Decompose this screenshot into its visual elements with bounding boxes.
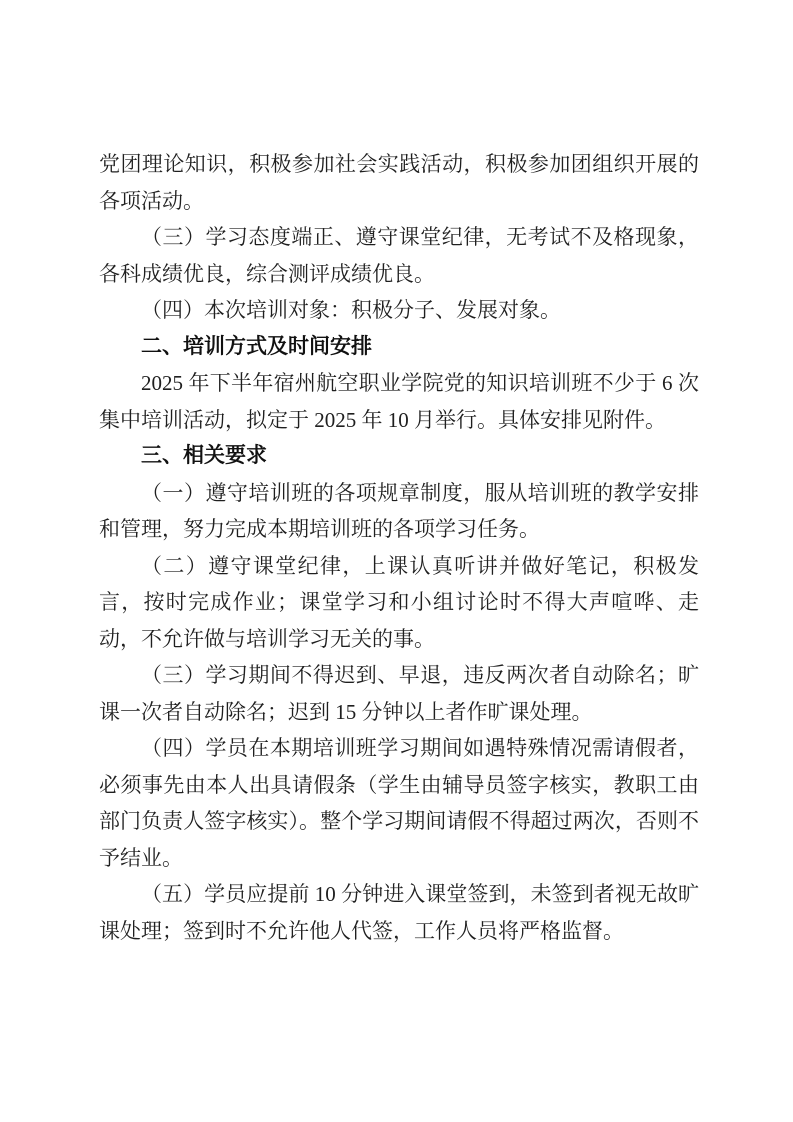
section-heading: 二、培训方式及时间安排: [99, 329, 699, 366]
document-body: 党团理论知识，积极参加社会实践活动，积极参加团组织开展的各项活动。（三）学习态度…: [99, 146, 699, 949]
paragraph: （一）遵守培训班的各项规章制度，服从培训班的教学安排和管理，努力完成本期培训班的…: [99, 475, 699, 548]
paragraph: 党团理论知识，积极参加社会实践活动，积极参加团组织开展的各项活动。: [99, 146, 699, 219]
paragraph: （四）学员在本期培训班学习期间如遇特殊情况需请假者，必须事先由本人出具请假条（学…: [99, 730, 699, 876]
section-heading: 三、相关要求: [99, 438, 699, 475]
paragraph: 2025 年下半年宿州航空职业学院党的知识培训班不少于 6 次集中培训活动，拟定…: [99, 365, 699, 438]
paragraph: （四）本次培训对象：积极分子、发展对象。: [99, 292, 699, 329]
paragraph: （五）学员应提前 10 分钟进入课堂签到，未签到者视无故旷课处理；签到时不允许他…: [99, 876, 699, 949]
paragraph: （三）学习期间不得迟到、早退，违反两次者自动除名；旷课一次者自动除名；迟到 15…: [99, 657, 699, 730]
paragraph: （三）学习态度端正、遵守课堂纪律，无考试不及格现象，各科成绩优良，综合测评成绩优…: [99, 219, 699, 292]
document-page: 党团理论知识，积极参加社会实践活动，积极参加团组织开展的各项活动。（三）学习态度…: [0, 0, 793, 1122]
paragraph: （二）遵守课堂纪律，上课认真听讲并做好笔记，积极发言，按时完成作业；课堂学习和小…: [99, 548, 699, 658]
